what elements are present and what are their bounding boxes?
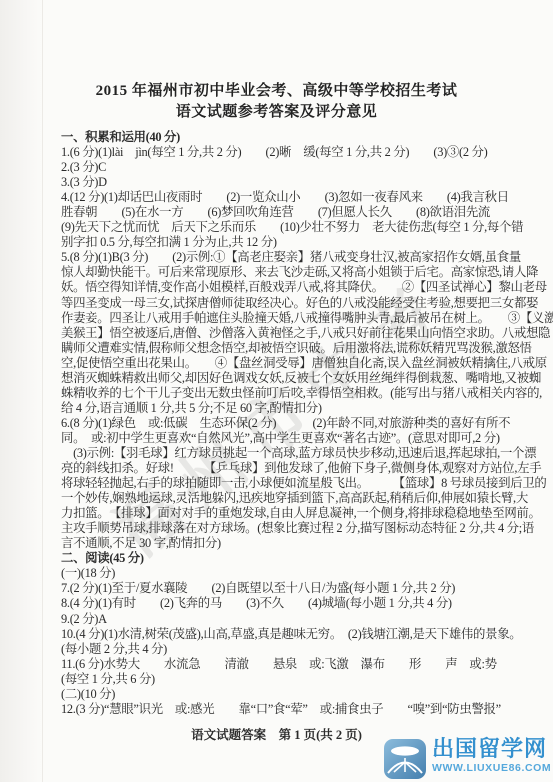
answer-line: 蛛精收养的七个干儿子变出无数虫怪前叮后咬,幸得悟空相救。(能写出与猪八戒相关内容… [61, 386, 548, 401]
answer-line: 力扣篮。 【排球】面对对手的重炮发球,自由人屏息凝神,一个侧身,将排球稳稳地垫至… [61, 506, 548, 521]
liuxue86-logo-text: 出国留学网 WWW.LIUXUE86.COM [432, 738, 551, 774]
answer-line: 作妻妾。四圣让八戒用手帕遮住头脸撞天婚,八戒撞得嘴肿头青,最后被吊在树上。 ③【… [61, 311, 548, 326]
answer-line: (二)(10 分) [61, 687, 548, 702]
liuxue86-site-name: 出国留学网 [432, 738, 551, 760]
answer-line: 想消灭蜘蛛精救出师父,却因好色调戏女妖,反被七个女妖用丝绳绊得倒栽葱、嘴啃地,又… [61, 371, 548, 386]
answer-line: 将球轻轻抛起,右手的球拍随即一击,小球便如流星般飞出。 【篮球】8 号球员接到后… [61, 476, 548, 491]
answer-lines: 一、积累和运用(40 分)1.(6 分)(1)lài jìn(每空 1 分,共 … [61, 130, 548, 717]
liuxue86-site-url: WWW.LIUXUE86.COM [432, 763, 551, 774]
liuxue86-logo: 出国留学网 WWW.LIUXUE86.COM [383, 738, 551, 782]
answer-line: 言不通顺,不足 30 字,酌情扣分) [61, 536, 548, 551]
answer-line: 美猴王】悟空被逐后,唐僧、沙僧落入黄袍怪之手,八戒只好前往花果山向悟空求助。八戒… [61, 326, 548, 341]
answer-line: 9.(2 分)A [61, 612, 548, 627]
answer-line: (一)(18 分) [61, 566, 548, 581]
answer-line: 3.(3 分)D [61, 175, 548, 190]
answer-line: 主攻手顺势吊球,排球落在对方球场。(想象比赛过程 2 分,描写图标动态特征 2 … [61, 521, 548, 536]
answer-line: (3)示例:【羽毛球】红方球员挑起一个高球,蓝方球员快步移动,迅速后退,挥起球拍… [61, 446, 548, 461]
answer-line: 等四圣变成一母三女,试探唐僧师徒取经决心。好色的八戒没能经受住考验,想要把三女都… [61, 296, 548, 311]
document-title-line1: 2015 年福州市初中毕业会考、高级中等学校招生考试 [0, 79, 553, 100]
answer-line: 同。 或:初中学生更喜欢“自然风光”,高中学生更喜欢“著名古迹”。(意思对即可,… [61, 431, 548, 446]
answer-line: (每小题 2 分,共 4 分) [61, 642, 548, 657]
answer-line: 给 4 分,语言通顺 1 分,共 5 分;不足 60 字,酌情扣分) [61, 401, 548, 416]
answer-line: 惊人却勤快能干。可后来常现原形、来去飞沙走砾,又将高小姐锁于后宅。高家惊恐,请人… [61, 265, 548, 280]
answer-line: 妖。悟空得知详情,变作高小姐模样,百般戏弄八戒,将其降伏。 ②【四圣试禅心】黎山… [61, 280, 548, 295]
answer-line: 7.(2 分)(1)至于/夏水襄陵 (2)自既望以至十八日/为盛(每小题 1 分… [61, 581, 548, 596]
answer-line: 2.(3 分)C [61, 160, 548, 175]
answer-line: 6.(8 分)(1)绿色 或:低碳 生态环保(2 分) (2)年龄不同,对旅游种… [61, 416, 548, 431]
answer-line: 一个妙传,娴熟地运球,灵活地躲闪,迅疾地穿插到篮下,高高跃起,稍稍后仰,伸展如猿… [61, 491, 548, 506]
answer-line: 空,促使悟空重出花果山。 ④【盘丝洞受辱】唐僧独自化斋,误入盘丝洞被妖精擒住,八… [61, 356, 548, 371]
scanned-answer-sheet-page: 福州市中考 2015 年福州市初中毕业会考、高级中等学校招生考试 语文试题参考答… [0, 0, 553, 782]
answer-line: 二、阅读(45 分) [61, 551, 548, 566]
answer-line: 亮的斜线扣杀。好球! 【乒乓球】到他发球了,他俯下身子,微侧身体,观察对方站位,… [61, 461, 548, 476]
answer-line: 12.(3 分)“慧眼”识光 或:感光 靠“口”食“荤” 或:捕食虫子 “嗅”到… [61, 702, 548, 717]
answer-line: 1.(6 分)(1)lài jìn(每空 1 分,共 2 分) (2)晰 缓(每… [61, 145, 548, 160]
answer-line: 一、积累和运用(40 分) [61, 130, 548, 145]
answer-line: (每空 1 分,共 6 分) [61, 672, 548, 687]
answer-line: 8.(4 分)(1)有时 (2)飞奔的马 (3)不久 (4)城墙(每小题 1 分… [61, 596, 548, 611]
answer-line: (9)先天下之忧而忧 后天下之乐而乐 (10)少壮不努力 老大徒伤悲(每空 1 … [61, 220, 548, 235]
answer-line: 4.(12 分)(1)却话巴山夜雨时 (2)一览众山小 (3)忽如一夜春风来 (… [61, 190, 548, 205]
answer-line: 胜春朝 (5)在水一方 (6)梦回吹角连营 (7)但愿人长久 (8)欲语泪先流 [61, 205, 548, 220]
answer-line: 10.(4 分)(1)水清,树荣(茂盛),山高,草盛,真是趣味无穷。 (2)钱塘… [61, 627, 548, 642]
answer-line: 瞒师父遭难实情,假称师父想念悟空,却被悟空识破。后用激将法,谎称妖精咒骂泼猴,激… [61, 341, 548, 356]
liuxue86-graduation-cap-icon [383, 738, 427, 782]
answer-line: 别字扣 0.5 分,每空扣满 1 分为止,共 12 分) [61, 235, 548, 250]
answer-line: 11.(6 分)水势大 水流急 清澈 悬泉 或:飞激 瀑布 形 声 或:势 [61, 657, 548, 672]
answer-line: 5.(8 分)(1)B(3 分) (2)示例:①【高老庄娶亲】猪八戒变身壮汉,被… [61, 250, 548, 265]
document-title-line2: 语文试题参考答案及评分意见 [0, 100, 553, 121]
